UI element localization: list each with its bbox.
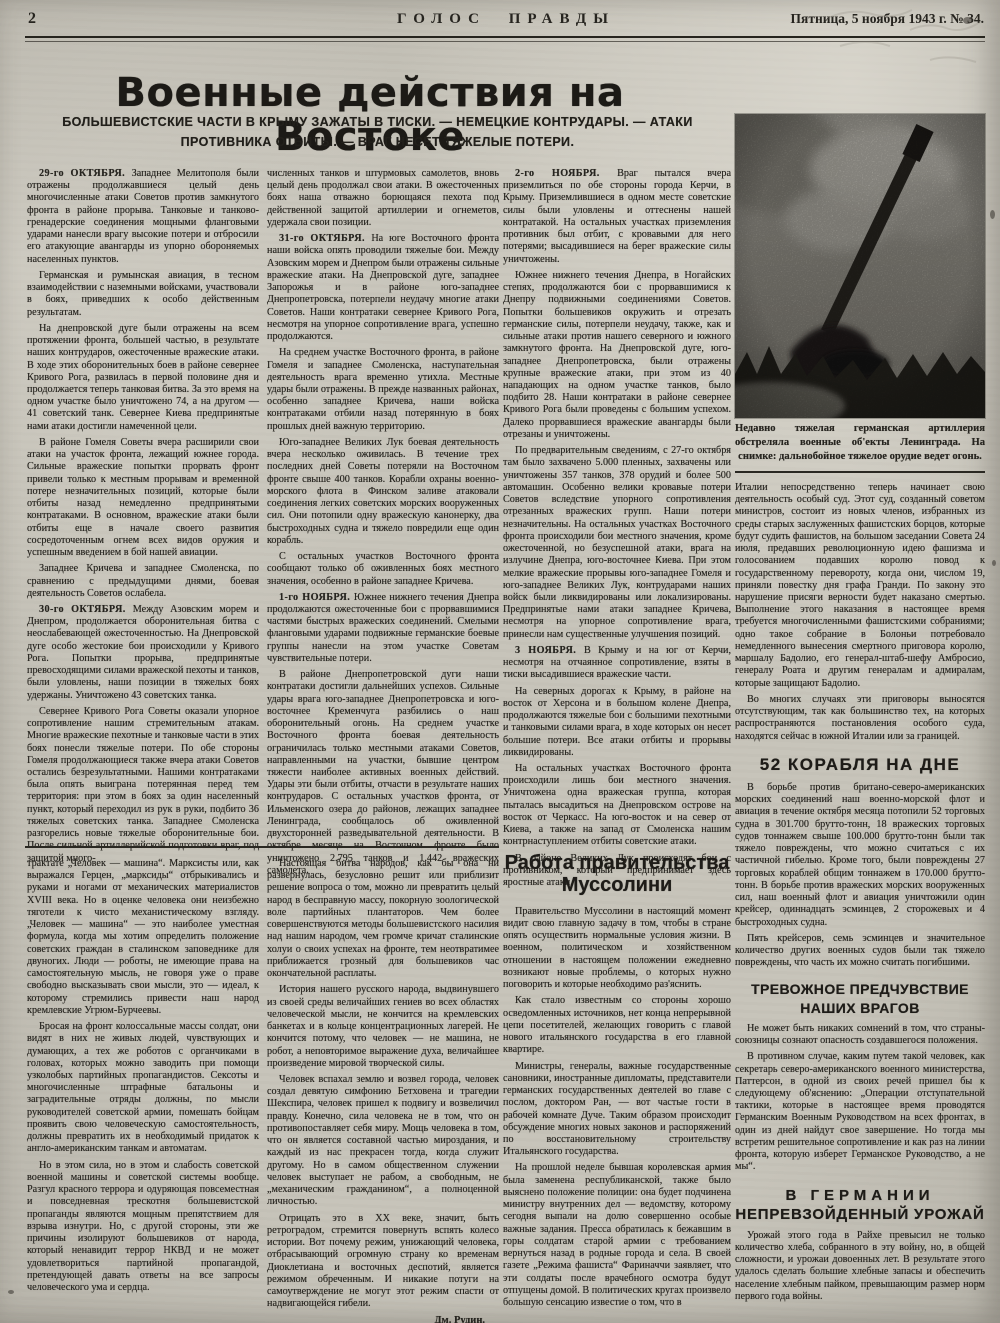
- section-divider: [735, 471, 985, 473]
- print-speck: [8, 1290, 14, 1294]
- mussolini-heading: Работа правительства Муссолини: [503, 852, 731, 897]
- essay-column-1: трактате „Человек — машина“. Марксисты и…: [27, 858, 259, 1298]
- mussolini-section: Работа правительства Муссолини Правитель…: [503, 852, 731, 1313]
- essay-column-2-text: Настоящая битва народов, как бы она ни р…: [267, 858, 499, 1310]
- alarm-text: Не может быть никаких сомнений в том, чт…: [735, 1023, 985, 1174]
- newspaper-page: 2 ГОЛОС ПРАВДЫ Пятница, 5 ноября 1943 г.…: [0, 0, 1000, 1323]
- main-subheadline: БОЛЬШЕВИСТСКИЕ ЧАСТИ В КРЫМУ ЗАЖАТЫ В ТИ…: [30, 112, 725, 152]
- paragraph: Италии непосредственно теперь начинает с…: [735, 482, 985, 690]
- print-speck: [963, 17, 972, 24]
- paragraph: На прошлой неделе бывшая королевская арм…: [503, 1162, 731, 1309]
- paragraph: 30-го ОКТЯБРЯ. Между Азовским морем и Дн…: [27, 604, 259, 702]
- essay-byline: Дм. Рудин.: [267, 1315, 499, 1323]
- paragraph: Но в этом сила, но в этом и слабость сов…: [27, 1160, 259, 1295]
- paragraph: В районе Гомеля Советы вчера расширили с…: [27, 437, 259, 559]
- harvest-heading-line2: НЕПРЕВЗОЙДЕННЫЙ УРОЖАЙ: [735, 1205, 985, 1225]
- paragraph: На северных дорогах к Крыму, в районе на…: [503, 686, 731, 759]
- paragraph: 1-го НОЯБРЯ. Южнее нижнего течения Днепр…: [267, 592, 499, 665]
- artillery-photo: [735, 114, 985, 418]
- italy-court-text: Италии непосредственно теперь начинает с…: [735, 482, 985, 743]
- paragraph: История нашего русского народа, выдвинув…: [267, 984, 499, 1070]
- paragraph: численных танков и штурмовых самолетов, …: [267, 168, 499, 229]
- paragraph: Бросая на фронт колоссальные массы солда…: [27, 1021, 259, 1156]
- paragraph: трактате „Человек — машина“. Марксисты и…: [27, 858, 259, 1017]
- issue-date: Пятница, 5 ноября 1943 г. № 34.: [791, 11, 984, 27]
- paragraph: В борьбе против британо-северо-американс…: [735, 782, 985, 929]
- harvest-text: Урожай этого года в Райхе превысил не то…: [735, 1230, 985, 1303]
- paragraph: Министры, генералы, важные государственн…: [503, 1061, 731, 1159]
- header-rule: [25, 36, 985, 42]
- paragraph: Не может быть никаких сомнений в том, чт…: [735, 1023, 985, 1047]
- page-number: 2: [28, 10, 36, 28]
- paragraph: Германская и румынская авиация, в тесном…: [27, 270, 259, 319]
- print-speck: [990, 210, 995, 219]
- paragraph: 3 НОЯБРЯ. В Крыму и на юг от Керчи, несм…: [503, 645, 731, 682]
- paragraph: Урожай этого года в Райхе превысил не то…: [735, 1230, 985, 1303]
- paragraph: Человек вспахал землю и возвел города, ч…: [267, 1074, 499, 1209]
- paragraph: По предварительным сведениям, с 27-го ок…: [503, 445, 731, 641]
- paragraph: Во многих случаях эти приговоры выносятс…: [735, 694, 985, 743]
- paragraph: Юго-западнее Великих Лук боевая деятельн…: [267, 437, 499, 547]
- alarm-heading: ТРЕВОЖНОЕ ПРЕДЧУВСТВИЕ НАШИХ ВРАГОВ: [735, 980, 985, 1016]
- paragraph: 29-го ОКТЯБРЯ. Западнее Мелитополя были …: [27, 168, 259, 266]
- paragraph: В противном случае, каким путем такой че…: [735, 1051, 985, 1173]
- harvest-heading: В ГЕРМАНИИ НЕПРЕВЗОЙДЕННЫЙ УРОЖАЙ: [735, 1186, 985, 1225]
- masthead-title: ГОЛОС ПРАВДЫ: [397, 11, 615, 28]
- right-column: Недавно тяжелая германская артиллерия об…: [735, 422, 985, 1307]
- essay-divider: [25, 846, 499, 848]
- paragraph: На днепровской дуге были отражены на все…: [27, 323, 259, 433]
- paragraph: На среднем участке Восточного фронта, в …: [267, 347, 499, 433]
- photo-caption: Недавно тяжелая германская артиллерия об…: [735, 422, 985, 464]
- paragraph: Настоящая битва народов, как бы она ни р…: [267, 858, 499, 980]
- paragraph: Отрицать это в XX веке, значит, быть рет…: [267, 1213, 499, 1311]
- essay-column-2: Настоящая битва народов, как бы она ни р…: [267, 858, 499, 1323]
- paragraph: Правительство Муссолини в настоящий моме…: [503, 906, 731, 992]
- article-column-3: 2-го НОЯБРЯ. Враг пытался вчера приземли…: [503, 168, 731, 893]
- article-column-1: 29-го ОКТЯБРЯ. Западнее Мелитополя были …: [27, 168, 259, 869]
- print-speck: [992, 560, 996, 566]
- ships-text: В борьбе против британо-северо-американс…: [735, 782, 985, 970]
- paragraph: 2-го НОЯБРЯ. Враг пытался вчера приземли…: [503, 168, 731, 266]
- mussolini-text: Правительство Муссолини в настоящий моме…: [503, 906, 731, 1310]
- ships-heading: 52 КОРАБЛЯ НА ДНЕ: [735, 754, 985, 776]
- paragraph: 31-го ОКТЯБРЯ. На юге Восточного фронта …: [267, 233, 499, 343]
- paragraph: С остальных участков Восточного фронта с…: [267, 551, 499, 588]
- paragraph: Пять крейсеров, семь эсминцев и значител…: [735, 933, 985, 970]
- paragraph: Южнее нижнего течения Днепра, в Ногайски…: [503, 270, 731, 441]
- article-column-2: численных танков и штурмовых самолетов, …: [267, 168, 499, 881]
- paragraph: Западнее Кричева и западнее Смоленска, п…: [27, 563, 259, 600]
- harvest-heading-line1: В ГЕРМАНИИ: [735, 1186, 985, 1206]
- paragraph: Как стало известным со стороны хорошо ос…: [503, 995, 731, 1056]
- page-header: 2 ГОЛОС ПРАВДЫ Пятница, 5 ноября 1943 г.…: [28, 10, 984, 28]
- paragraph: Севернее Кривого Рога Советы оказали упо…: [27, 706, 259, 865]
- paragraph: На остальных участках Восточного фронта …: [503, 763, 731, 849]
